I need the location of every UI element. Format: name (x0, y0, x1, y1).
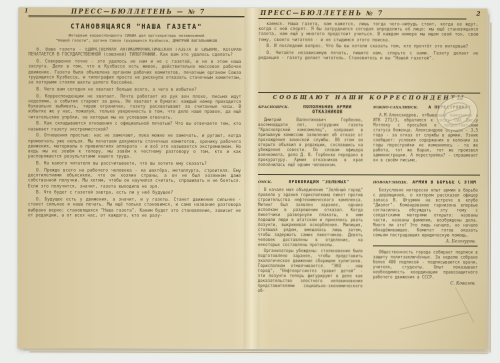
item-divider-rule (373, 245, 478, 246)
masthead-right: ПРЕСС—БЮЛЛЕТЕНЬ № 7 (260, 10, 383, 17)
paragraph: Общественность города собирает подписи в… (373, 249, 478, 279)
article-signature: С. Ковалев. (373, 280, 476, 285)
article-body: Общественность города собирает подписи в… (373, 249, 478, 279)
scanned-bulletin-spread: 1 ПРЕСС—БЮЛЛЕТЕНЬ — № 7 СТАНОВЯЩАЯСЯ "НА… (18, 7, 488, 349)
sheet-edge (490, 23, 492, 353)
article-body: Дмитрий Валентинович Горбенко, восемнадц… (258, 117, 363, 167)
section-rule (258, 174, 480, 176)
page-number-right: 2 (476, 11, 480, 18)
paragraph: В. Ваша газета - ЕДИНСТВЕННАЯ АНТИКОММУН… (28, 47, 241, 58)
paragraph: О. Будущее есть у движения, а значит, и … (28, 197, 241, 219)
paragraph: В. Чего вам сегодня не хватает больше вс… (28, 87, 241, 93)
article-title: ПРОВОКАЦИЯ "ЗЕЛЕНЫХ" (275, 180, 363, 185)
paragraph: В начале мая объединение "Зелёный город"… (258, 187, 363, 247)
article-body: Безусловно интересен опыт армии в борьбе… (373, 187, 478, 237)
paragraph: Дмитрий Валентинович Горбенко, восемнадц… (258, 117, 363, 167)
article-omsk: ОМСК. ПРОВОКАЦИЯ "ЗЕЛЕНЫХ" В начале мая … (258, 180, 363, 306)
interview-body-text: В. Ваша газета - ЕДИНСТВЕННАЯ АНТИКОММУН… (28, 47, 242, 302)
correspondents-row-2: ОМСК. ПРОВОКАЦИЯ "ЗЕЛЕНЫХ" В начале мая … (258, 180, 478, 307)
paragraph: О. Отношения простые: нас не замечают, п… (28, 134, 241, 161)
section-rule (258, 92, 480, 94)
masthead-row-right: ПРЕСС—БЮЛЛЕТЕНЬ № 7 2 (258, 10, 480, 21)
page-number-left: 1 (24, 8, 28, 14)
paragraph: В. Как складываются отношения с официаль… (28, 122, 241, 133)
interview-continuation-text: каемся. Наша газета, нам кажется, лишь т… (258, 22, 478, 90)
paragraph: В. На какого читателя вы рассчитываете, … (28, 161, 241, 167)
paragraph: Организаторы убеждены: столкновение было… (258, 248, 363, 293)
article-city-label: КРАСНОЯРСК. (258, 105, 289, 109)
article-city-label: ЮЖНО-САХАЛИНСК. (373, 105, 418, 109)
article-title: ПОПОЛНЕНИЕ АРМИИ ОТКАЗНИКОВ (292, 105, 363, 115)
paragraph: Безусловно интересен опыт армии в борьбе… (373, 187, 478, 237)
masthead-rule (258, 18, 466, 20)
article-krasnoyarsk: КРАСНОЯРСК. ПОПОЛНЕНИЕ АРМИИ ОТКАЗНИКОВ … (258, 105, 363, 171)
article-signature: А. Белогуров. (373, 238, 476, 243)
byline: Интервью корреспонденту СИБИА дал оргсек… (32, 33, 240, 43)
paragraph: В. Что будет с газетой завтра, есть ли у… (28, 191, 241, 197)
sheet-edge (30, 351, 489, 353)
article-city-label: НОВОКУЗНЕЦК. (373, 180, 408, 184)
paragraph: О. Совершенно точно - это удалось не нам… (28, 59, 241, 86)
paragraph: В. И последний вопрос. Что бы вы хотели … (258, 44, 478, 50)
article-novokuznetsk: НОВОКУЗНЕЦК. АРМИЯ В БОРЬБЕ С ЭТИМ Безус… (373, 180, 478, 306)
article-title: АРМИЯ В БОРЬБЕ С ЭТИМ (411, 180, 478, 185)
article-city-label: ОМСК. (258, 180, 272, 184)
paragraph: каемся. Наша газета, нам кажется, лишь т… (258, 22, 478, 43)
masthead-left: ПРЕСС—БЮЛЛЕТЕНЬ — № 7 (58, 8, 218, 15)
paragraph: О. Прежде всего на рабочего человека - н… (28, 168, 241, 190)
page-right: ПРЕСС—БЮЛЛЕТЕНЬ № 7 2 каемся. Наша газет… (258, 10, 481, 341)
page-left: 1 ПРЕСС—БЮЛЛЕТЕНЬ — № 7 СТАНОВЯЩАЯСЯ "НА… (28, 9, 245, 340)
article-headline: СТАНОВЯЩАЯСЯ "НАША ГАЗЕТА" (28, 22, 244, 31)
article-body: В начале мая объединение "Зелёный город"… (258, 187, 363, 293)
byline-line2: "Нашей газеты", органа Союза трудящихся … (32, 38, 240, 43)
paragraph: О. Корреспонденции не хватает. Почта раб… (28, 94, 241, 121)
paragraph: О. Читайте независимую печать, пишите на… (258, 51, 478, 62)
